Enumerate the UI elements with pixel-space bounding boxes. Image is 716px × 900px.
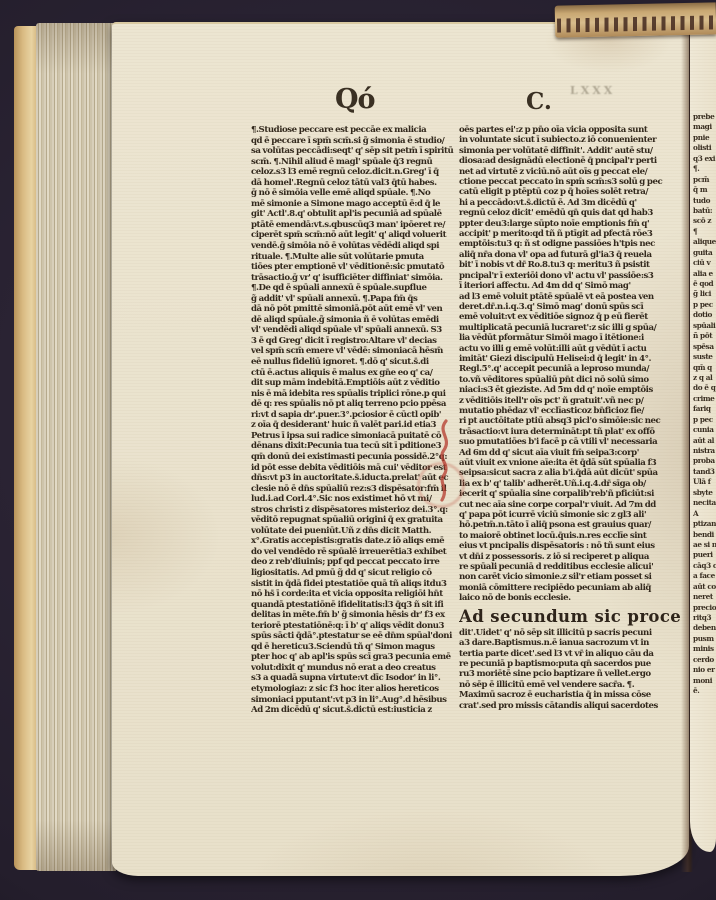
- text-line: vel spm̄ scm̄ emere vl' vēdē: simoniacā …: [251, 346, 459, 357]
- text-line: ptātē emendā:vt.s.qbuscūq3 man' ipōeret …: [251, 220, 459, 231]
- text-fragment: necita: [693, 498, 716, 508]
- text-line: teriorē ptestatiōnē:q: ī b' q' aliqs vēd…: [251, 621, 459, 632]
- text-line: Maximū sacroz ē eucharistia q̄ in missa …: [459, 690, 681, 700]
- text-fragment: do ē q: [693, 383, 716, 393]
- text-line: dē aliqd spūale.g̃ simonia ñ ē volūtas e…: [251, 315, 459, 326]
- text-line: q' papa pōt icurrē viciū simonie sic z g…: [459, 510, 681, 520]
- text-line: rituale. ¶.Multe alie sūt volūtarie pmut…: [251, 252, 459, 263]
- text-fragment: neret: [693, 592, 716, 602]
- text-line: lia ex b' q' talib' adherēt.Uñ.i.q.4.dr̄…: [459, 479, 681, 489]
- text-fragment: qm̄ q: [693, 363, 716, 373]
- text-line: ¶.De qd ē spūali annexū ē spūale.supflue: [251, 283, 459, 294]
- text-fragment: ae si n: [693, 540, 716, 550]
- text-line: z vēditiōis itell'r oīs pct' ñ gratuit'.…: [459, 396, 681, 406]
- text-line: actu vo illi g emē volūt:illi aūt g vēdū…: [459, 344, 681, 354]
- text-line: dā homel'.Regnū celoz tātū val3 q̄tū hab…: [251, 178, 459, 189]
- text-line: vl' vendēdi aliqd spūale vl' spūali anne…: [251, 325, 459, 336]
- text-fragment: cāq3 o: [693, 561, 716, 571]
- text-fragment: crime: [693, 394, 716, 404]
- text-line: in voluntate sicut ī subiecto.z iō conue…: [459, 135, 681, 145]
- text-fragment: g̃ lici: [693, 289, 716, 299]
- text-fragment: Ulā f: [693, 477, 716, 487]
- text-line: stros christi z dispēsatores misterioz d…: [251, 505, 459, 516]
- text-line: ctione peccat peccato in spm̄ scm̄:s3 so…: [459, 177, 681, 187]
- text-line: celoz.s3 l3 emē regnū celoz.dicit.n.Greg…: [251, 167, 459, 178]
- text-line: sa volūtas peccādi:seqt' q' sēp sit petm…: [251, 146, 459, 157]
- text-line: git' Actl'.8.q' obtulit apl'is pecuniā a…: [251, 209, 459, 220]
- red-stamp-circle: [417, 462, 465, 508]
- text-fragment: proba: [693, 456, 716, 466]
- text-line: deret.dr̄.n.i.q.3.q' Simō mag' donū spūs…: [459, 302, 681, 312]
- text-line: deo z reb'diuinis; ppf qd peccat peccato…: [251, 557, 459, 568]
- text-line: ciperēt spm̄ scm̄:nō aūt legit' q' aliqd…: [251, 230, 459, 241]
- text-line: ligiositatis. Ad pmū g̃ dd q' sicut reli…: [251, 568, 459, 579]
- text-fragment: magi: [693, 122, 716, 132]
- text-line: trāsactio.ḡ vr' q' isufficiēter diffinia…: [251, 273, 459, 284]
- text-line: ppter deu3:large sūpto noīe emptionis fm…: [459, 219, 681, 229]
- text-line: mē simonie a Simone mago acceptū ē:d q̄ …: [251, 199, 459, 210]
- text-line: iecerit q' spūalia sine corpalib'reb'ñ p…: [459, 489, 681, 499]
- text-fragment: cunia: [693, 425, 716, 435]
- text-line: eius vt pncipalis dispēsatoris : nō tñ s…: [459, 541, 681, 551]
- text-line: x°.Gratis accepistis:gratis date.z iō al…: [251, 536, 459, 547]
- text-line: Regl.5°.q' accepit pecuniā a leproso mun…: [459, 364, 681, 374]
- text-fragment: fariq: [693, 404, 716, 414]
- text-line: ri:vt d sapia dr'.puer.3°.pciosior ē cūc…: [251, 410, 459, 421]
- text-fragment: nistra: [693, 446, 716, 456]
- text-line: ri pt auctōitate ptiū absq3 picl'o simōi…: [459, 416, 681, 426]
- text-line: tiōes pter emptionē vl' vēditionē:sic pm…: [251, 262, 459, 273]
- text-line: re pecuniā p baptismo:puta qn̄ sacerdos …: [459, 659, 681, 669]
- top-edge-band: [555, 2, 716, 37]
- text-fragment: ē qod: [693, 279, 716, 289]
- text-line: net ad virtutē z viciū.nō aūt oīs g pecc…: [459, 167, 681, 177]
- text-line: eē nullus fideliū ignoret. ¶.dō q' sicut…: [251, 357, 459, 368]
- text-line: lia vēdūt pformātur Simōi mago ī itētion…: [459, 333, 681, 343]
- text-line: Ad 2m dicēdū q' sicut.s̄.dictū est:iusti…: [251, 705, 459, 716]
- text-line: moniā cōmittere recipiēdo pecuniam ab al…: [459, 583, 681, 593]
- text-fragment: p pec: [693, 300, 716, 310]
- text-fragment: aūt co: [693, 582, 716, 592]
- text-line: non carēt vicio simonie.z sil'r etiam po…: [459, 572, 681, 582]
- text-fragment: ciū v: [693, 258, 716, 268]
- text-line: volūtate dei pueniūt.Uñ z dn̄s dicit Mat…: [251, 526, 459, 537]
- text-line: qd ē peccare ī spm̄ scm̄.si g̃ simonia ē…: [251, 136, 459, 147]
- text-fragment: A: [693, 509, 716, 519]
- text-line: aliq̄ nr̄a dona vl' opa ad futurā gl'ia3…: [459, 250, 681, 260]
- text-line: vendē.ḡ simōia nō ē volūtas vēdēdi aliqd…: [251, 241, 459, 252]
- text-line: Petrus ī ipsa sui radice simoniacā puita…: [251, 431, 459, 442]
- text-fragment: q̄ m: [693, 185, 716, 195]
- text-line: simoniaci pputant':vt p3 in li°.Aug°.d h…: [251, 695, 459, 706]
- next-page-edge: prebemagipnieolistiq3 exi¶.pcm̄q̄ mtudob…: [690, 20, 716, 852]
- folio-showthrough: LXXX: [570, 84, 615, 97]
- text-line: z oīa q̄ desiderant' huic ñ valēt pari.i…: [251, 420, 459, 431]
- text-line: vt dn̄i z possessoris. z iō si reciperet…: [459, 552, 681, 562]
- text-line: trāsactio:vt iura determināt:pt tñ plat'…: [459, 427, 681, 437]
- text-line: do vel vendēdo rē spūalē irreuerētia3 ex…: [251, 547, 459, 558]
- text-fragment: batū:: [693, 206, 716, 216]
- text-line: bit' ī nobis vt dr̄ Ro.8.tu3 q: meritu3 …: [459, 260, 681, 270]
- page-header-right: C.: [526, 88, 552, 115]
- text-line: volut:dixit q' mundus nō erat a deo crea…: [251, 663, 459, 674]
- text-line: s3 a quadā supna virtute:vt dīc Isodor' …: [251, 673, 459, 684]
- text-line: crat'.sed pro missis cātandis aliqui sac…: [459, 701, 681, 711]
- text-line: sistit in q̄dā fidei ptestatiōe quā tñ a…: [251, 579, 459, 590]
- text-fragment: cerdo: [693, 655, 716, 665]
- text-line: diosa:ad designādū electionē q̄ pncipal'…: [459, 156, 681, 166]
- text-line: to.vñ vēditores spūaliū pn̄t dici nō sol…: [459, 375, 681, 385]
- text-fragment: tudo: [693, 196, 716, 206]
- text-line: suo pmutatiōes b'i facē p cā vtili vl' n…: [459, 437, 681, 447]
- text-fragment: p pec: [693, 415, 716, 425]
- text-fragment: ¶.: [693, 164, 716, 174]
- text-fragment: precio: [693, 603, 716, 613]
- text-line: niaci:s3 ēt gieziste. Ad 5m dd q' noīe e…: [459, 385, 681, 395]
- text-line: dit'.Uidet' q' nō sēp sit illicitū p sac…: [459, 628, 681, 638]
- text-line: dit sup mām indebitā.Emptiōis aūt z vēdi…: [251, 378, 459, 389]
- text-line: spūs sācti q̄dā°.ptestatur se eē dn̄m sp…: [251, 631, 459, 642]
- text-line: regnū celoz dicit' emēdū qn̄ quis dat qd…: [459, 208, 681, 218]
- text-line: catū eligit p ptēptū coz p q̄ hoīes solē…: [459, 187, 681, 197]
- left-text-column: ¶.Studiose peccare est peccāe ex malicia…: [251, 125, 459, 716]
- text-fragment: ptizan: [693, 519, 716, 529]
- text-line: ḡ nō ē simōia velle emē aliqd spūale. ¶.…: [251, 188, 459, 199]
- page-header-left: Qó: [335, 84, 375, 115]
- text-line: imitāt' Giezi discipulū Helisei:d q̄ leg…: [459, 354, 681, 364]
- text-fragment: spēsa: [693, 342, 716, 352]
- text-fragment: ñ pōt: [693, 331, 716, 341]
- text-line: ī iteriori affectu. Ad 4m dd q' Simō mag…: [459, 281, 681, 291]
- text-line: ad l3 emē voluit ptātē spūalē vt eā post…: [459, 292, 681, 302]
- text-fragment: guita: [693, 248, 716, 258]
- text-fragment: alia e: [693, 269, 716, 279]
- text-fragment: prebe: [693, 112, 716, 122]
- text-line: nis ē mā idebita res spūalis triplici rō…: [251, 389, 459, 400]
- text-line: re spūali pecuniā d redditibus ecclesie …: [459, 562, 681, 572]
- right-text-column: oēs partes ei':z p pn̄o oīa vicia opposi…: [459, 125, 681, 711]
- text-line: nō sēp ē illicitū emē vel vendere sacr̄a…: [459, 680, 681, 690]
- text-line: ru3 moriētē sine pcio baptizare ñ vellet…: [459, 669, 681, 679]
- text-line: laico nō de bonis ecclesie.: [459, 593, 681, 603]
- text-line: accipit' p merito:qd tñ ñ ptīgit ad pfec…: [459, 229, 681, 239]
- text-fragment: pnie: [693, 133, 716, 143]
- text-line: tertia parte dicet'.sed l3 vt vr̄ in ali…: [459, 649, 681, 659]
- text-line: pncipal'r ī exteriōi dono vl' actu vl' p…: [459, 271, 681, 281]
- text-line: g̃ addit' vl' spūali annexū. ¶.Papa fm̄ …: [251, 294, 459, 305]
- text-line: etymologiaz: z sic f3 hoc iter alios her…: [251, 684, 459, 695]
- text-fragment: ¶: [693, 227, 716, 237]
- text-line: vēditō repugnat spūaliū origini q̄ ex gr…: [251, 515, 459, 526]
- text-line: dēnans dixit:Pecunia tua tecū sit ī pdit…: [251, 441, 459, 452]
- book-photo: Qó C. LXXX ¶.Studiose peccare est peccāe…: [0, 0, 716, 900]
- text-fragment: scō z: [693, 216, 716, 226]
- text-fragment: deben: [693, 623, 716, 633]
- text-fragment: sbyte: [693, 488, 716, 498]
- text-fragment: suste: [693, 352, 716, 362]
- text-line: qm̄ donū dei existimasti pecunia possidē…: [251, 452, 459, 463]
- text-fragment: z q al: [693, 373, 716, 383]
- text-line: aūt viuit ex vnione aīe:ita ēt q̄dā sūt …: [459, 458, 681, 468]
- page-stack-edge: [36, 23, 116, 871]
- text-line: ctū ē.actus aliquis ē malus ex gn̄e eo q…: [251, 368, 459, 379]
- text-fragment: alique: [693, 237, 716, 247]
- text-line: delitas in mēte.fm̄ b' g̃ simonia hēsis …: [251, 610, 459, 621]
- text-page: Qó C. LXXX ¶.Studiose peccare est peccāe…: [112, 22, 689, 876]
- text-line: simonia per volūtatē diffinit'. Addit' a…: [459, 146, 681, 156]
- text-fragment: tand3: [693, 467, 716, 477]
- section-heading: Ad secundum sic proce: [459, 605, 681, 628]
- text-fragment: pueri: [693, 550, 716, 560]
- text-fragment: q3 exi: [693, 154, 716, 164]
- text-fragment: a face: [693, 571, 716, 581]
- text-line: 3 ē qd Greg' dicit ī registro:Altare vl'…: [251, 336, 459, 347]
- text-line: seipsa:sicut sacra z alia b'i.q̄dā aūt d…: [459, 468, 681, 478]
- text-fragment: ritq3: [693, 613, 716, 623]
- text-line: Ad 6m dd q' sicut aīa viuit fm̄ seipa3:c…: [459, 448, 681, 458]
- text-line: emē voluit:vt ex vēditiōe signoz q̄ p eū…: [459, 312, 681, 322]
- text-line: hō.petm̄.n.tāto ī aliq̄ psona est grauiu…: [459, 520, 681, 530]
- text-line: multiplicatā pecuniā lucraret':z sic ill…: [459, 323, 681, 333]
- text-line: mutatio phēdaz vl' ecclīasticoz bn̄ficio…: [459, 406, 681, 416]
- text-fragment: spūali: [693, 321, 716, 331]
- text-line: dā nō pōt pmittē simoniā.pōt aūt emē vl'…: [251, 304, 459, 315]
- text-fragment: nio er: [693, 665, 716, 675]
- text-fragment: ē.: [693, 686, 716, 696]
- text-fragment: bendi: [693, 530, 716, 540]
- text-fragment: minis: [693, 644, 716, 654]
- text-line: a3 dare.Baptismus.n.ē ianua sacrozum vt …: [459, 638, 681, 648]
- text-fragment: dotio: [693, 310, 716, 320]
- text-fragment: pcm̄: [693, 175, 716, 185]
- text-line: oēs partes ei':z p pn̄o oīa vicia opposi…: [459, 125, 681, 135]
- text-fragment: moni: [693, 676, 716, 686]
- text-line: quandā ptestatiōnē ifidelitatis:l3 q̄q3 …: [251, 600, 459, 611]
- text-line: pter hoc q' ab apl'is spūs scī gra3 pecu…: [251, 652, 459, 663]
- text-line: qd ē hereticu3.Sciendū tñ q' Simon magus: [251, 642, 459, 653]
- text-fragment: pusm: [693, 634, 716, 644]
- text-line: dē q: res spūalis nō pt aliq terreno pci…: [251, 399, 459, 410]
- text-line: nō hs̄ ī corde:ita et vicia opposita rel…: [251, 589, 459, 600]
- text-fragment: aūt al: [693, 436, 716, 446]
- next-page-text-column: prebemagipnieolistiq3 exi¶.pcm̄q̄ mtudob…: [693, 112, 716, 697]
- text-fragment: olisti: [693, 143, 716, 153]
- text-line: to maiorē obtinet locū.q̄uis.n.res ecclī…: [459, 531, 681, 541]
- text-line: hi a peccādo:vt.s̄.dictū ē. Ad 3m dicēdū…: [459, 198, 681, 208]
- text-line: scm̄. ¶.Nihil aliud ē magl' spūale q̄3 r…: [251, 157, 459, 168]
- text-line: ¶.Studiose peccare est peccāe ex malicia: [251, 125, 459, 136]
- text-line: cut nec aīa sine corpe corpal'r viuit. A…: [459, 500, 681, 510]
- text-line: emptōis:tu3 q: ñ st odigne passiōes h'tp…: [459, 239, 681, 249]
